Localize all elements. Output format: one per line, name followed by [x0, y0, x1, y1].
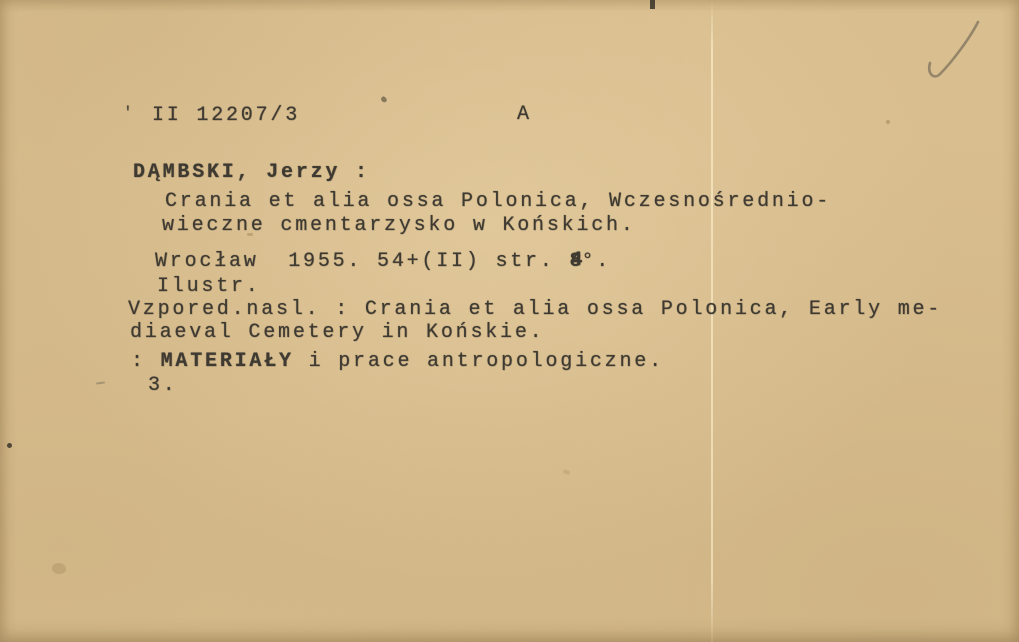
series-colon: :: [131, 350, 161, 373]
paper-speck: [563, 469, 571, 475]
illustration-note: Ilustr.: [157, 275, 261, 299]
title-line-2: wieczne cmentarzysko w Końskich.: [162, 214, 636, 238]
series-line: : MATERIAŁY i prace antropologiczne.: [131, 350, 664, 374]
title-line-1: Crania et alia ossa Polonica, Wczesnośre…: [165, 190, 831, 214]
author-heading: DĄMBSKI, Jerzy :: [133, 161, 370, 185]
call-number: II 12207/3: [152, 104, 300, 128]
paper-speck: [96, 381, 105, 384]
paper-speck: [886, 120, 890, 124]
paper-speck: [52, 563, 66, 574]
series-title: MATERIAŁY: [161, 350, 294, 373]
imprint-line: Wrocław 1955. 54+(II) str. 84°.: [155, 250, 611, 274]
series-rest: i prace antropologiczne.: [294, 350, 664, 373]
series-number: 3.: [148, 374, 178, 398]
parallel-title-line-1: Vzpored.nasl. : Crania et alia ossa Polo…: [128, 298, 942, 322]
imprint-suffix: °.: [581, 250, 611, 273]
paper-speck: [7, 443, 12, 448]
pencil-checkmark-icon: [900, 10, 1019, 110]
catalog-card: ' II 12207/3 A DĄMBSKI, Jerzy : Crania e…: [0, 0, 1019, 642]
paper-speck: [380, 96, 388, 104]
format-size-correction: 4: [570, 249, 585, 273]
section-letter: A: [517, 103, 532, 127]
format-size-overstrike: 84: [569, 250, 581, 274]
parallel-title-line-2: diaeval Cemetery in Końskie.: [130, 321, 544, 345]
imprint-text: Wrocław 1955. 54+(II) str.: [155, 250, 569, 273]
paper-speck: [247, 233, 253, 236]
corner-mark: ': [123, 101, 135, 125]
paper-edge-mark: [650, 0, 655, 9]
